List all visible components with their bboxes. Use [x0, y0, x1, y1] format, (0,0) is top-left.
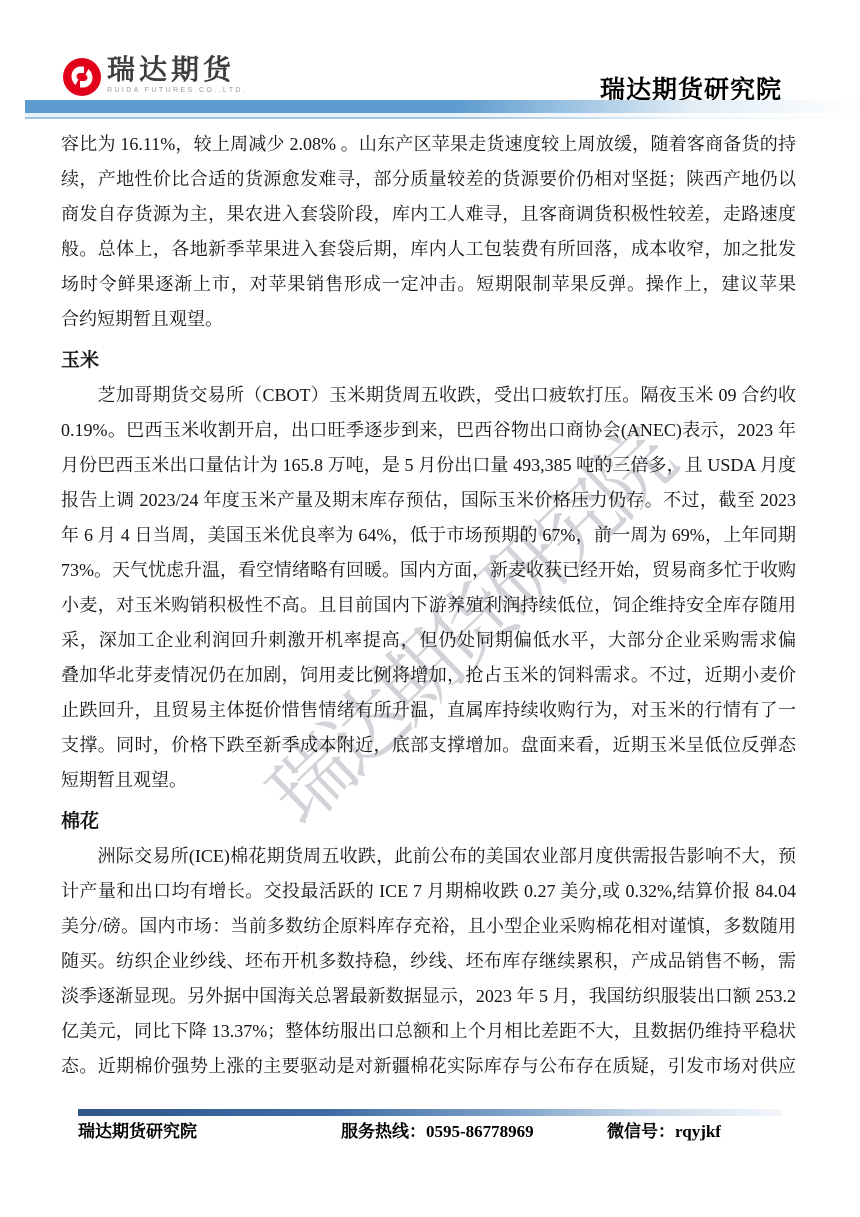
text-line: 年 6 月 4 日当周，美国玉米优良率为 64%，低于市场预期的 67%，前一周… — [61, 518, 796, 553]
logo-text-block: 瑞达期货 RUIDA FUTURES CO.,LTD. — [107, 55, 247, 94]
footer-hotline: 服务热线：0595-86778969 — [341, 1120, 534, 1144]
text-line: 短期暂且观望。 — [61, 763, 796, 798]
section-heading: 棉花 — [61, 804, 796, 839]
text-line: 报告上调 2023/24 年度玉米产量及期末库存预估，国际玉米价格压力仍存。不过… — [61, 483, 796, 518]
text-line: 商发自存货源为主，果农进入套袋阶段，库内工人难寻，且客商调货积极性较差，走路速度… — [61, 197, 796, 232]
text-line: 亿美元，同比下降 13.37%；整体纺服出口总额和上个月相比差距不大，且数据仍维… — [61, 1014, 796, 1049]
text-line: 0.19%。巴西玉米收割开启，出口旺季逐步到来，巴西谷物出口商协会(ANEC)表… — [61, 413, 796, 448]
header-rule — [25, 100, 860, 119]
ruida-logo: 瑞达期货 RUIDA FUTURES CO.,LTD. — [62, 55, 247, 99]
document-body: 容比为 16.11%，较上周减少 2.08% 。山东产区苹果走货速度较上周放缓，… — [61, 127, 796, 1084]
logo-brand-cn: 瑞达期货 — [107, 55, 247, 85]
text-line: 叠加华北芽麦情况仍在加剧，饲用麦比例将增加，抢占玉米的饲料需求。不过，近期小麦价… — [61, 658, 796, 693]
text-line: 美分/磅。国内市场：当前多数纺企原料库存充裕，且小型企业采购棉花相对谨慎，多数随… — [61, 909, 796, 944]
text-line: 续，产地性价比合适的货源愈发难寻，部分质量较差的货源要价仍相对坚挺；陕西产地仍以… — [61, 162, 796, 197]
header-rule-main — [25, 100, 860, 113]
text-line: 73%。天气忧虑升温，看空情绪略有回暖。国内方面，新麦收获已经开始，贸易商多忙于… — [61, 553, 796, 588]
text-line: 洲际交易所(ICE)棉花期货周五收跌，此前公布的美国农业部月度供需报告影响不大，… — [61, 839, 796, 874]
header-rule-line — [25, 117, 860, 119]
text-line: 采，深加工企业利润回升刺激开机率提高，但仍处同期偏低水平，大部分企业采购需求偏弱… — [61, 623, 796, 658]
section-heading: 玉米 — [61, 343, 796, 378]
text-line: 止跌回升，且贸易主体挺价惜售情绪有所升温，直属库持续收购行为，对玉米的行情有了一… — [61, 693, 796, 728]
text-line: 小麦，对玉米购销积极性不高。且目前国内下游养殖利润持续低位，饲企维持安全库存随用… — [61, 588, 796, 623]
text-line: 般。总体上，各地新季苹果进入套袋后期，库内人工包装费有所回落，成本收窄，加之批发… — [61, 232, 796, 267]
text-line: 支撑。同时，价格下跌至新季成本附近，底部支撑增加。盘面来看，近期玉米呈低位反弹态… — [61, 728, 796, 763]
header-rule-stripe — [25, 113, 860, 117]
text-line: 合约短期暂且观望。 — [61, 302, 796, 337]
footer-rule — [78, 1109, 782, 1116]
ruida-logo-icon — [62, 55, 102, 99]
text-line: 容比为 16.11%，较上周减少 2.08% 。山东产区苹果走货速度较上周放缓，… — [61, 127, 796, 162]
logo-brand-en: RUIDA FUTURES CO.,LTD. — [107, 87, 247, 94]
footer-wechat: 微信号：rqyjkf — [607, 1120, 721, 1144]
text-line: 计产量和出口均有增长。交投最活跃的 ICE 7 月期棉收跌 0.27 美分,或 … — [61, 874, 796, 909]
footer: 瑞达期货研究院 服务热线：0595-86778969 微信号：rqyjkf — [0, 1120, 860, 1144]
text-line: 芝加哥期货交易所（CBOT）玉米期货周五收跌，受出口疲软打压。隔夜玉米 09 合… — [61, 378, 796, 413]
text-line: 场时令鲜果逐渐上市，对苹果销售形成一定冲击。短期限制苹果反弹。操作上，建议苹果 … — [61, 267, 796, 302]
footer-org: 瑞达期货研究院 — [78, 1120, 197, 1144]
text-line: 月份巴西玉米出口量估计为 165.8 万吨，是 5 月份出口量 493,385 … — [61, 448, 796, 483]
text-line: 态。近期棉价强势上涨的主要驱动是对新疆棉花实际库存与公布存在质疑，引发市场对供应… — [61, 1049, 796, 1084]
text-line: 随买。纺织企业纱线、坯布开机多数持稳，纱线、坯布库存继续累积，产成品销售不畅，需… — [61, 944, 796, 979]
text-line: 淡季逐渐显现。另外据中国海关总署最新数据显示，2023 年 5 月，我国纺织服装… — [61, 979, 796, 1014]
